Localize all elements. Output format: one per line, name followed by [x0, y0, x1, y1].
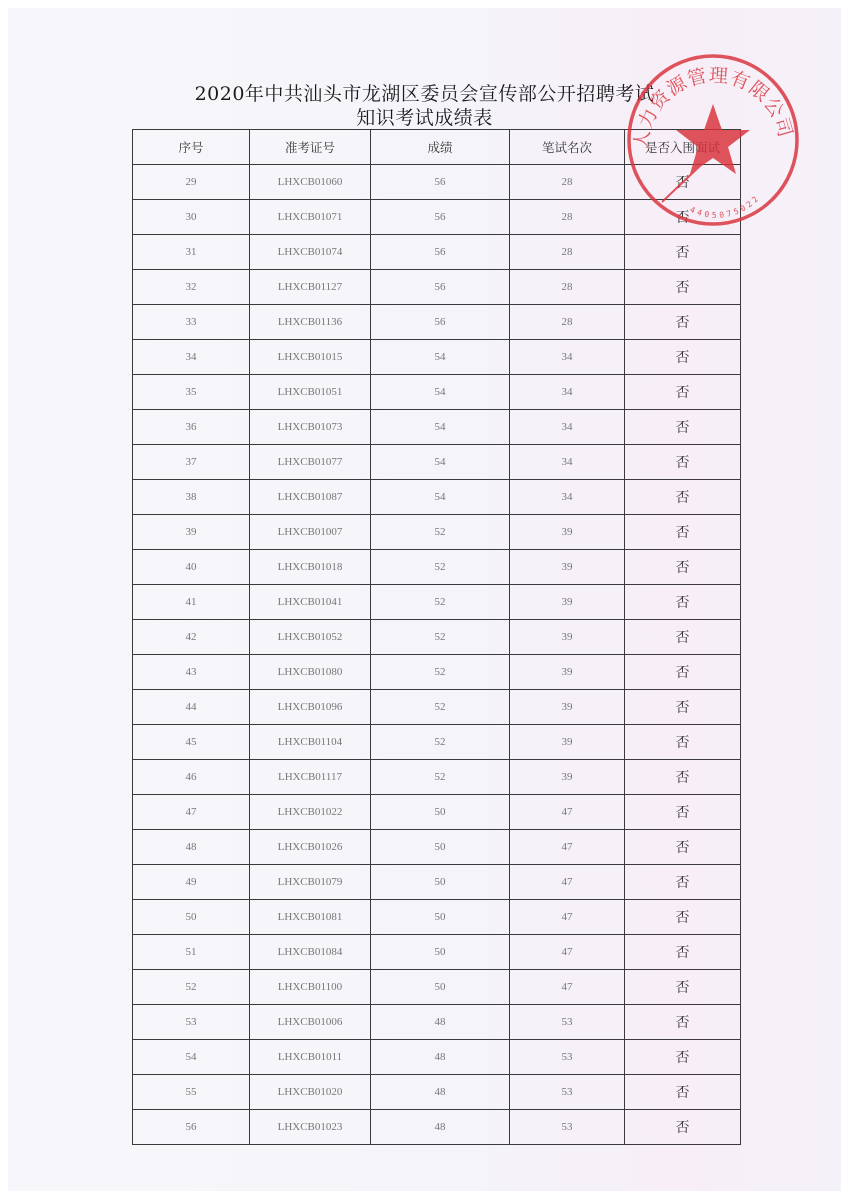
cell-shortlisted: 否: [625, 935, 741, 970]
cell-score: 54: [371, 445, 510, 480]
header-serial: 序号: [133, 130, 250, 165]
cell-serial: 33: [133, 305, 250, 340]
cell-ticket-number: LHXCB01084: [250, 935, 371, 970]
cell-score: 56: [371, 270, 510, 305]
cell-serial: 29: [133, 165, 250, 200]
cell-serial: 41: [133, 585, 250, 620]
cell-serial: 48: [133, 830, 250, 865]
cell-rank: 39: [510, 760, 625, 795]
cell-serial: 56: [133, 1110, 250, 1145]
cell-serial: 30: [133, 200, 250, 235]
cell-shortlisted: 否: [625, 305, 741, 340]
cell-shortlisted: 否: [625, 375, 741, 410]
cell-score: 56: [371, 235, 510, 270]
cell-serial: 46: [133, 760, 250, 795]
cell-serial: 52: [133, 970, 250, 1005]
cell-score: 56: [371, 305, 510, 340]
header-ticket-number: 准考证号: [250, 130, 371, 165]
cell-shortlisted: 否: [625, 795, 741, 830]
table-row: 41LHXCB010415239否: [133, 585, 741, 620]
table-row: 40LHXCB010185239否: [133, 550, 741, 585]
cell-shortlisted: 否: [625, 235, 741, 270]
cell-serial: 35: [133, 375, 250, 410]
cell-ticket-number: LHXCB01117: [250, 760, 371, 795]
cell-score: 52: [371, 515, 510, 550]
cell-ticket-number: LHXCB01080: [250, 655, 371, 690]
cell-rank: 34: [510, 480, 625, 515]
cell-score: 52: [371, 760, 510, 795]
cell-serial: 31: [133, 235, 250, 270]
cell-ticket-number: LHXCB01015: [250, 340, 371, 375]
cell-shortlisted: 否: [625, 445, 741, 480]
cell-score: 48: [371, 1040, 510, 1075]
table-row: 39LHXCB010075239否: [133, 515, 741, 550]
cell-shortlisted: 否: [625, 865, 741, 900]
cell-score: 54: [371, 410, 510, 445]
cell-score: 48: [371, 1075, 510, 1110]
cell-rank: 39: [510, 515, 625, 550]
cell-score: 50: [371, 900, 510, 935]
table-row: 55LHXCB010204853否: [133, 1075, 741, 1110]
table-row: 32LHXCB011275628否: [133, 270, 741, 305]
cell-rank: 53: [510, 1005, 625, 1040]
cell-shortlisted: 否: [625, 515, 741, 550]
cell-ticket-number: LHXCB01104: [250, 725, 371, 760]
table-row: 42LHXCB010525239否: [133, 620, 741, 655]
cell-rank: 39: [510, 655, 625, 690]
cell-ticket-number: LHXCB01100: [250, 970, 371, 1005]
cell-shortlisted: 否: [625, 165, 741, 200]
cell-rank: 47: [510, 970, 625, 1005]
table-row: 29LHXCB010605628否: [133, 165, 741, 200]
cell-serial: 38: [133, 480, 250, 515]
cell-rank: 47: [510, 935, 625, 970]
cell-rank: 53: [510, 1040, 625, 1075]
cell-score: 50: [371, 865, 510, 900]
cell-shortlisted: 否: [625, 620, 741, 655]
cell-ticket-number: LHXCB01077: [250, 445, 371, 480]
cell-serial: 49: [133, 865, 250, 900]
cell-ticket-number: LHXCB01020: [250, 1075, 371, 1110]
cell-serial: 53: [133, 1005, 250, 1040]
table-row: 43LHXCB010805239否: [133, 655, 741, 690]
cell-shortlisted: 否: [625, 725, 741, 760]
cell-ticket-number: LHXCB01052: [250, 620, 371, 655]
cell-rank: 39: [510, 585, 625, 620]
table-row: 54LHXCB010114853否: [133, 1040, 741, 1075]
cell-ticket-number: LHXCB01074: [250, 235, 371, 270]
cell-shortlisted: 否: [625, 585, 741, 620]
cell-score: 54: [371, 375, 510, 410]
cell-ticket-number: LHXCB01006: [250, 1005, 371, 1040]
cell-score: 50: [371, 970, 510, 1005]
cell-shortlisted: 否: [625, 480, 741, 515]
cell-rank: 34: [510, 410, 625, 445]
table-row: 35LHXCB010515434否: [133, 375, 741, 410]
cell-score: 54: [371, 340, 510, 375]
cell-rank: 34: [510, 445, 625, 480]
table-row: 36LHXCB010735434否: [133, 410, 741, 445]
cell-rank: 28: [510, 165, 625, 200]
cell-ticket-number: LHXCB01136: [250, 305, 371, 340]
cell-shortlisted: 否: [625, 200, 741, 235]
table-header-row: 序号 准考证号 成绩 笔试名次 是否入围面试: [133, 130, 741, 165]
cell-rank: 47: [510, 865, 625, 900]
cell-serial: 37: [133, 445, 250, 480]
table-row: 37LHXCB010775434否: [133, 445, 741, 480]
cell-ticket-number: LHXCB01081: [250, 900, 371, 935]
table-row: 34LHXCB010155434否: [133, 340, 741, 375]
cell-shortlisted: 否: [625, 1075, 741, 1110]
cell-serial: 42: [133, 620, 250, 655]
table-row: 44LHXCB010965239否: [133, 690, 741, 725]
cell-serial: 54: [133, 1040, 250, 1075]
cell-serial: 55: [133, 1075, 250, 1110]
cell-serial: 32: [133, 270, 250, 305]
table-row: 46LHXCB011175239否: [133, 760, 741, 795]
cell-score: 52: [371, 620, 510, 655]
score-table: 序号 准考证号 成绩 笔试名次 是否入围面试 29LHXCB010605628否…: [132, 129, 741, 1145]
cell-serial: 36: [133, 410, 250, 445]
cell-ticket-number: LHXCB01023: [250, 1110, 371, 1145]
cell-ticket-number: LHXCB01073: [250, 410, 371, 445]
cell-ticket-number: LHXCB01079: [250, 865, 371, 900]
cell-rank: 47: [510, 900, 625, 935]
cell-serial: 51: [133, 935, 250, 970]
cell-score: 52: [371, 690, 510, 725]
cell-serial: 45: [133, 725, 250, 760]
cell-rank: 39: [510, 725, 625, 760]
cell-serial: 39: [133, 515, 250, 550]
cell-shortlisted: 否: [625, 760, 741, 795]
cell-ticket-number: LHXCB01007: [250, 515, 371, 550]
cell-shortlisted: 否: [625, 340, 741, 375]
cell-ticket-number: LHXCB01060: [250, 165, 371, 200]
cell-ticket-number: LHXCB01011: [250, 1040, 371, 1075]
cell-rank: 39: [510, 550, 625, 585]
cell-shortlisted: 否: [625, 270, 741, 305]
cell-shortlisted: 否: [625, 970, 741, 1005]
table-row: 50LHXCB010815047否: [133, 900, 741, 935]
table-row: 33LHXCB011365628否: [133, 305, 741, 340]
cell-rank: 28: [510, 305, 625, 340]
cell-serial: 34: [133, 340, 250, 375]
header-score: 成绩: [371, 130, 510, 165]
cell-shortlisted: 否: [625, 690, 741, 725]
table-row: 45LHXCB011045239否: [133, 725, 741, 760]
cell-score: 48: [371, 1110, 510, 1145]
cell-score: 56: [371, 200, 510, 235]
cell-shortlisted: 否: [625, 1040, 741, 1075]
cell-score: 50: [371, 935, 510, 970]
cell-score: 52: [371, 585, 510, 620]
cell-serial: 43: [133, 655, 250, 690]
cell-score: 52: [371, 550, 510, 585]
cell-ticket-number: LHXCB01018: [250, 550, 371, 585]
cell-rank: 34: [510, 375, 625, 410]
document-title: 2020年中共汕头市龙湖区委员会宣传部公开招聘考试: [0, 79, 849, 106]
table-row: 49LHXCB010795047否: [133, 865, 741, 900]
cell-score: 54: [371, 480, 510, 515]
cell-ticket-number: LHXCB01041: [250, 585, 371, 620]
cell-serial: 40: [133, 550, 250, 585]
cell-shortlisted: 否: [625, 1005, 741, 1040]
table-row: 52LHXCB011005047否: [133, 970, 741, 1005]
cell-rank: 39: [510, 620, 625, 655]
cell-ticket-number: LHXCB01051: [250, 375, 371, 410]
document-subtitle: 知识考试成绩表: [0, 103, 849, 130]
table-row: 31LHXCB010745628否: [133, 235, 741, 270]
cell-rank: 53: [510, 1110, 625, 1145]
cell-score: 56: [371, 165, 510, 200]
cell-shortlisted: 否: [625, 900, 741, 935]
cell-ticket-number: LHXCB01127: [250, 270, 371, 305]
cell-serial: 50: [133, 900, 250, 935]
cell-ticket-number: LHXCB01022: [250, 795, 371, 830]
cell-ticket-number: LHXCB01026: [250, 830, 371, 865]
header-shortlisted: 是否入围面试: [625, 130, 741, 165]
cell-rank: 47: [510, 795, 625, 830]
cell-shortlisted: 否: [625, 830, 741, 865]
cell-score: 50: [371, 795, 510, 830]
cell-rank: 28: [510, 200, 625, 235]
cell-rank: 28: [510, 270, 625, 305]
cell-ticket-number: LHXCB01087: [250, 480, 371, 515]
cell-score: 52: [371, 655, 510, 690]
table-row: 56LHXCB010234853否: [133, 1110, 741, 1145]
cell-rank: 34: [510, 340, 625, 375]
cell-rank: 28: [510, 235, 625, 270]
table-row: 51LHXCB010845047否: [133, 935, 741, 970]
cell-shortlisted: 否: [625, 410, 741, 445]
cell-score: 52: [371, 725, 510, 760]
cell-rank: 39: [510, 690, 625, 725]
cell-shortlisted: 否: [625, 1110, 741, 1145]
table-row: 48LHXCB010265047否: [133, 830, 741, 865]
cell-score: 50: [371, 830, 510, 865]
table-row: 30LHXCB010715628否: [133, 200, 741, 235]
cell-ticket-number: LHXCB01071: [250, 200, 371, 235]
cell-score: 48: [371, 1005, 510, 1040]
table-row: 53LHXCB010064853否: [133, 1005, 741, 1040]
cell-rank: 47: [510, 830, 625, 865]
cell-serial: 44: [133, 690, 250, 725]
table-row: 38LHXCB010875434否: [133, 480, 741, 515]
cell-shortlisted: 否: [625, 655, 741, 690]
table-row: 47LHXCB010225047否: [133, 795, 741, 830]
cell-serial: 47: [133, 795, 250, 830]
cell-ticket-number: LHXCB01096: [250, 690, 371, 725]
cell-shortlisted: 否: [625, 550, 741, 585]
header-rank: 笔试名次: [510, 130, 625, 165]
cell-rank: 53: [510, 1075, 625, 1110]
